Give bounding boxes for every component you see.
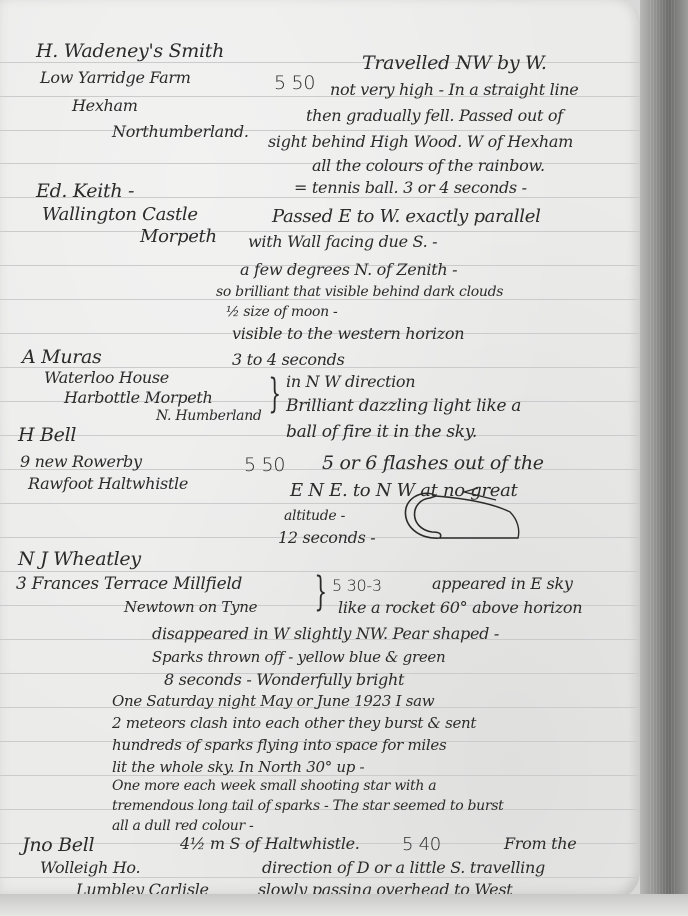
observation-note: tremendous long tail of sparks - The sta…	[112, 798, 504, 814]
observer-address-line: N. Humberland	[156, 408, 262, 424]
observation-note: so brilliant that visible behind dark cl…	[216, 284, 503, 300]
observation-note: 12 seconds -	[278, 528, 375, 547]
notebook-page: H. Wadeney's Smith Low Yarridge Farm Hex…	[0, 0, 640, 900]
observation-note: with Wall facing due S. -	[248, 232, 437, 251]
observation-note: From the	[504, 834, 576, 853]
observer-name: N J Wheatley	[18, 548, 141, 570]
observer-name: H. Wadeney's Smith	[36, 40, 224, 62]
observation-time: 5 50	[244, 454, 285, 476]
observation-note: direction of D or a little S. travelling	[262, 858, 545, 877]
observer-address-line: Hexham	[72, 96, 138, 115]
observation-note: Travelled NW by W.	[362, 52, 547, 74]
observation-note: = tennis ball. 3 or 4 seconds -	[294, 178, 527, 197]
observer-name: Jno Bell	[22, 834, 94, 856]
observation-note: 4½ m S of Haltwhistle.	[180, 834, 360, 853]
observer-address-line: 9 new Rowerby	[20, 452, 142, 471]
observer-address-line: Northumberland.	[112, 122, 249, 141]
observer-address-line: Harbottle Morpeth	[64, 388, 213, 407]
observation-note: ½ size of moon -	[226, 304, 337, 320]
observer-name: A Muras	[22, 346, 102, 368]
observation-time: 5 40	[402, 834, 441, 855]
curved-tail-arrow-sketch	[400, 486, 530, 546]
grouping-brace: }	[314, 572, 327, 612]
observer-address-line: 3 Frances Terrace Millfield	[16, 574, 242, 594]
observation-note: 2 meteors clash into each other they bur…	[112, 714, 476, 732]
grouping-brace: }	[268, 374, 281, 414]
observation-time: 5 30-3	[332, 576, 382, 595]
observation-note: then gradually fell. Passed out of	[306, 106, 563, 125]
notebook-bottom-edge	[0, 894, 688, 916]
observation-note: a few degrees N. of Zenith -	[240, 260, 457, 279]
observation-note: sight behind High Wood. W of Hexham	[268, 132, 573, 151]
observation-note: altitude -	[284, 508, 345, 524]
observation-note: 5 or 6 flashes out of the	[322, 452, 544, 474]
observation-note: Sparks thrown off - yellow blue & green	[152, 648, 445, 666]
observation-note: 8 seconds - Wonderfully bright	[164, 670, 404, 689]
notebook-page-edges	[640, 0, 688, 916]
observation-note: lit the whole sky. In North 30° up -	[112, 758, 364, 776]
observation-note: not very high - In a straight line	[330, 80, 578, 99]
observer-address-line: Low Yarridge Farm	[40, 68, 191, 87]
observation-note: 3 to 4 seconds	[232, 350, 345, 369]
observation-note: ball of fire it in the sky.	[286, 422, 477, 442]
observer-name: H Bell	[18, 424, 76, 446]
observation-note: all a dull red colour -	[112, 818, 254, 834]
ruled-line	[0, 130, 640, 131]
observation-note: One more each week small shooting star w…	[112, 778, 436, 794]
observation-note: in N W direction	[286, 372, 415, 391]
observer-address-line: Waterloo House	[44, 368, 169, 387]
observer-address-line: Rawfoot Haltwhistle	[28, 474, 188, 493]
observation-note: visible to the western horizon	[232, 324, 464, 343]
observation-note: One Saturday night May or June 1923 I sa…	[112, 692, 434, 710]
observer-name: Ed. Keith -	[36, 180, 134, 202]
observer-address-line: Newtown on Tyne	[124, 598, 257, 616]
observer-address-line: Morpeth	[140, 226, 217, 247]
ruled-line	[0, 503, 640, 504]
observation-note: hundreds of sparks flying into space for…	[112, 736, 446, 754]
observer-address-line: Wolleigh Ho.	[40, 858, 140, 877]
ruled-line	[0, 877, 640, 878]
observation-note: appeared in E sky	[432, 574, 573, 593]
observer-address-line: Wallington Castle	[42, 204, 198, 225]
observation-note: Brilliant dazzling light like a	[286, 396, 521, 416]
observation-note: disappeared in W slightly NW. Pear shape…	[152, 624, 499, 643]
observation-note: like a rocket 60° above horizon	[338, 598, 582, 617]
observation-note: Passed E to W. exactly parallel	[272, 206, 541, 227]
observation-time: 5 50	[274, 72, 315, 94]
observation-note: all the colours of the rainbow.	[312, 156, 545, 175]
